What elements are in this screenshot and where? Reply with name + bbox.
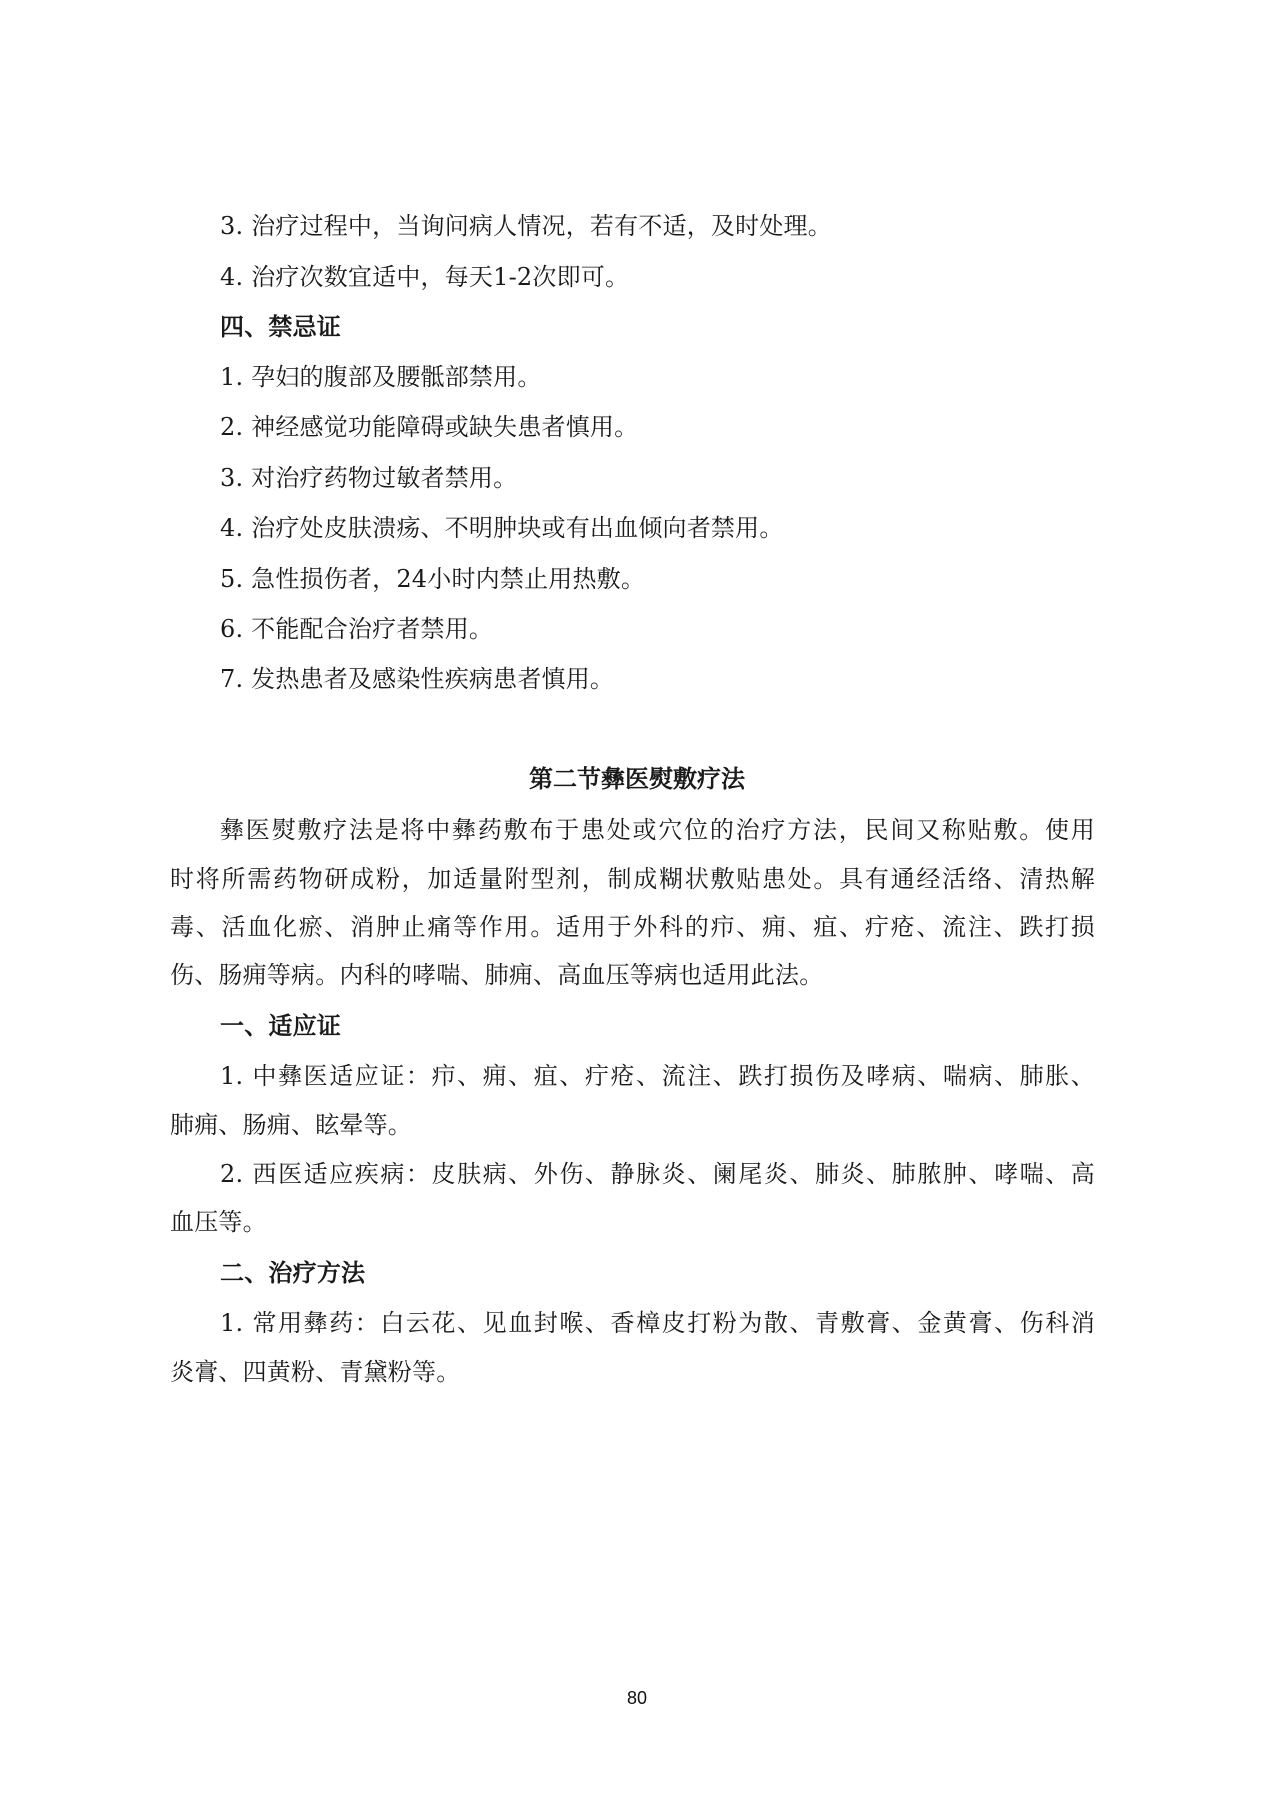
section-title: 第二节彝医熨敷疗法 <box>0 764 1274 794</box>
contraindication-item-2: 2. 神经感觉功能障碍或缺失患者慎用。 <box>220 412 1095 442</box>
indications-heading: 一、适应证 <box>220 1011 1095 1041</box>
page-number: 80 <box>0 1688 1274 1709</box>
intro-line-3: 毒、活血化瘀、消肿止痛等作用。适用于外科的疖、痈、疽、疔疮、流注、跌打损 <box>170 912 1095 942</box>
contraindications-heading: 四、禁忌证 <box>220 312 1095 342</box>
indication-1-line-2: 肺痈、肠痈、眩晕等。 <box>170 1110 1095 1140</box>
contraindication-item-1: 1. 孕妇的腹部及腰骶部禁用。 <box>220 362 1095 392</box>
indication-2-line-1: 2. 西医适应疾病：皮肤病、外伤、静脉炎、阑尾炎、肺炎、肺脓肿、哮喘、高 <box>220 1159 1095 1189</box>
precaution-item-4: 4. 治疗次数宜适中，每天1-2次即可。 <box>220 262 1095 292</box>
contraindication-item-7: 7. 发热患者及感染性疾病患者慎用。 <box>220 664 1095 694</box>
contraindication-item-4: 4. 治疗处皮肤溃疡、不明肿块或有出血倾向者禁用。 <box>220 513 1095 543</box>
contraindication-item-3: 3. 对治疗药物过敏者禁用。 <box>220 463 1095 493</box>
contraindication-item-6: 6. 不能配合治疗者禁用。 <box>220 614 1095 644</box>
contraindication-item-5: 5. 急性损伤者，24小时内禁止用热敷。 <box>220 564 1095 594</box>
indication-2-line-2: 血压等。 <box>170 1207 1095 1237</box>
intro-line-2: 时将所需药物研成粉，加适量附型剂，制成糊状敷贴患处。具有通经活络、清热解 <box>170 864 1095 894</box>
methods-heading: 二、治疗方法 <box>220 1258 1095 1288</box>
intro-line-4: 伤、肠痈等病。内科的哮喘、肺痈、高血压等病也适用此法。 <box>170 960 1095 990</box>
indication-1-line-1: 1. 中彝医适应证：疖、痈、疽、疔疮、流注、跌打损伤及哮病、喘病、肺胀、 <box>220 1061 1095 1091</box>
method-1-line-1: 1. 常用彝药：白云花、见血封喉、香樟皮打粉为散、青敷膏、金黄膏、伤科消 <box>220 1308 1095 1338</box>
method-1-line-2: 炎膏、四黄粉、青黛粉等。 <box>170 1357 1095 1387</box>
precaution-item-3: 3. 治疗过程中，当询问病人情况，若有不适，及时处理。 <box>220 211 1095 241</box>
intro-line-1: 彝医熨敷疗法是将中彝药敷布于患处或穴位的治疗方法，民间又称贴敷。使用 <box>220 815 1095 845</box>
